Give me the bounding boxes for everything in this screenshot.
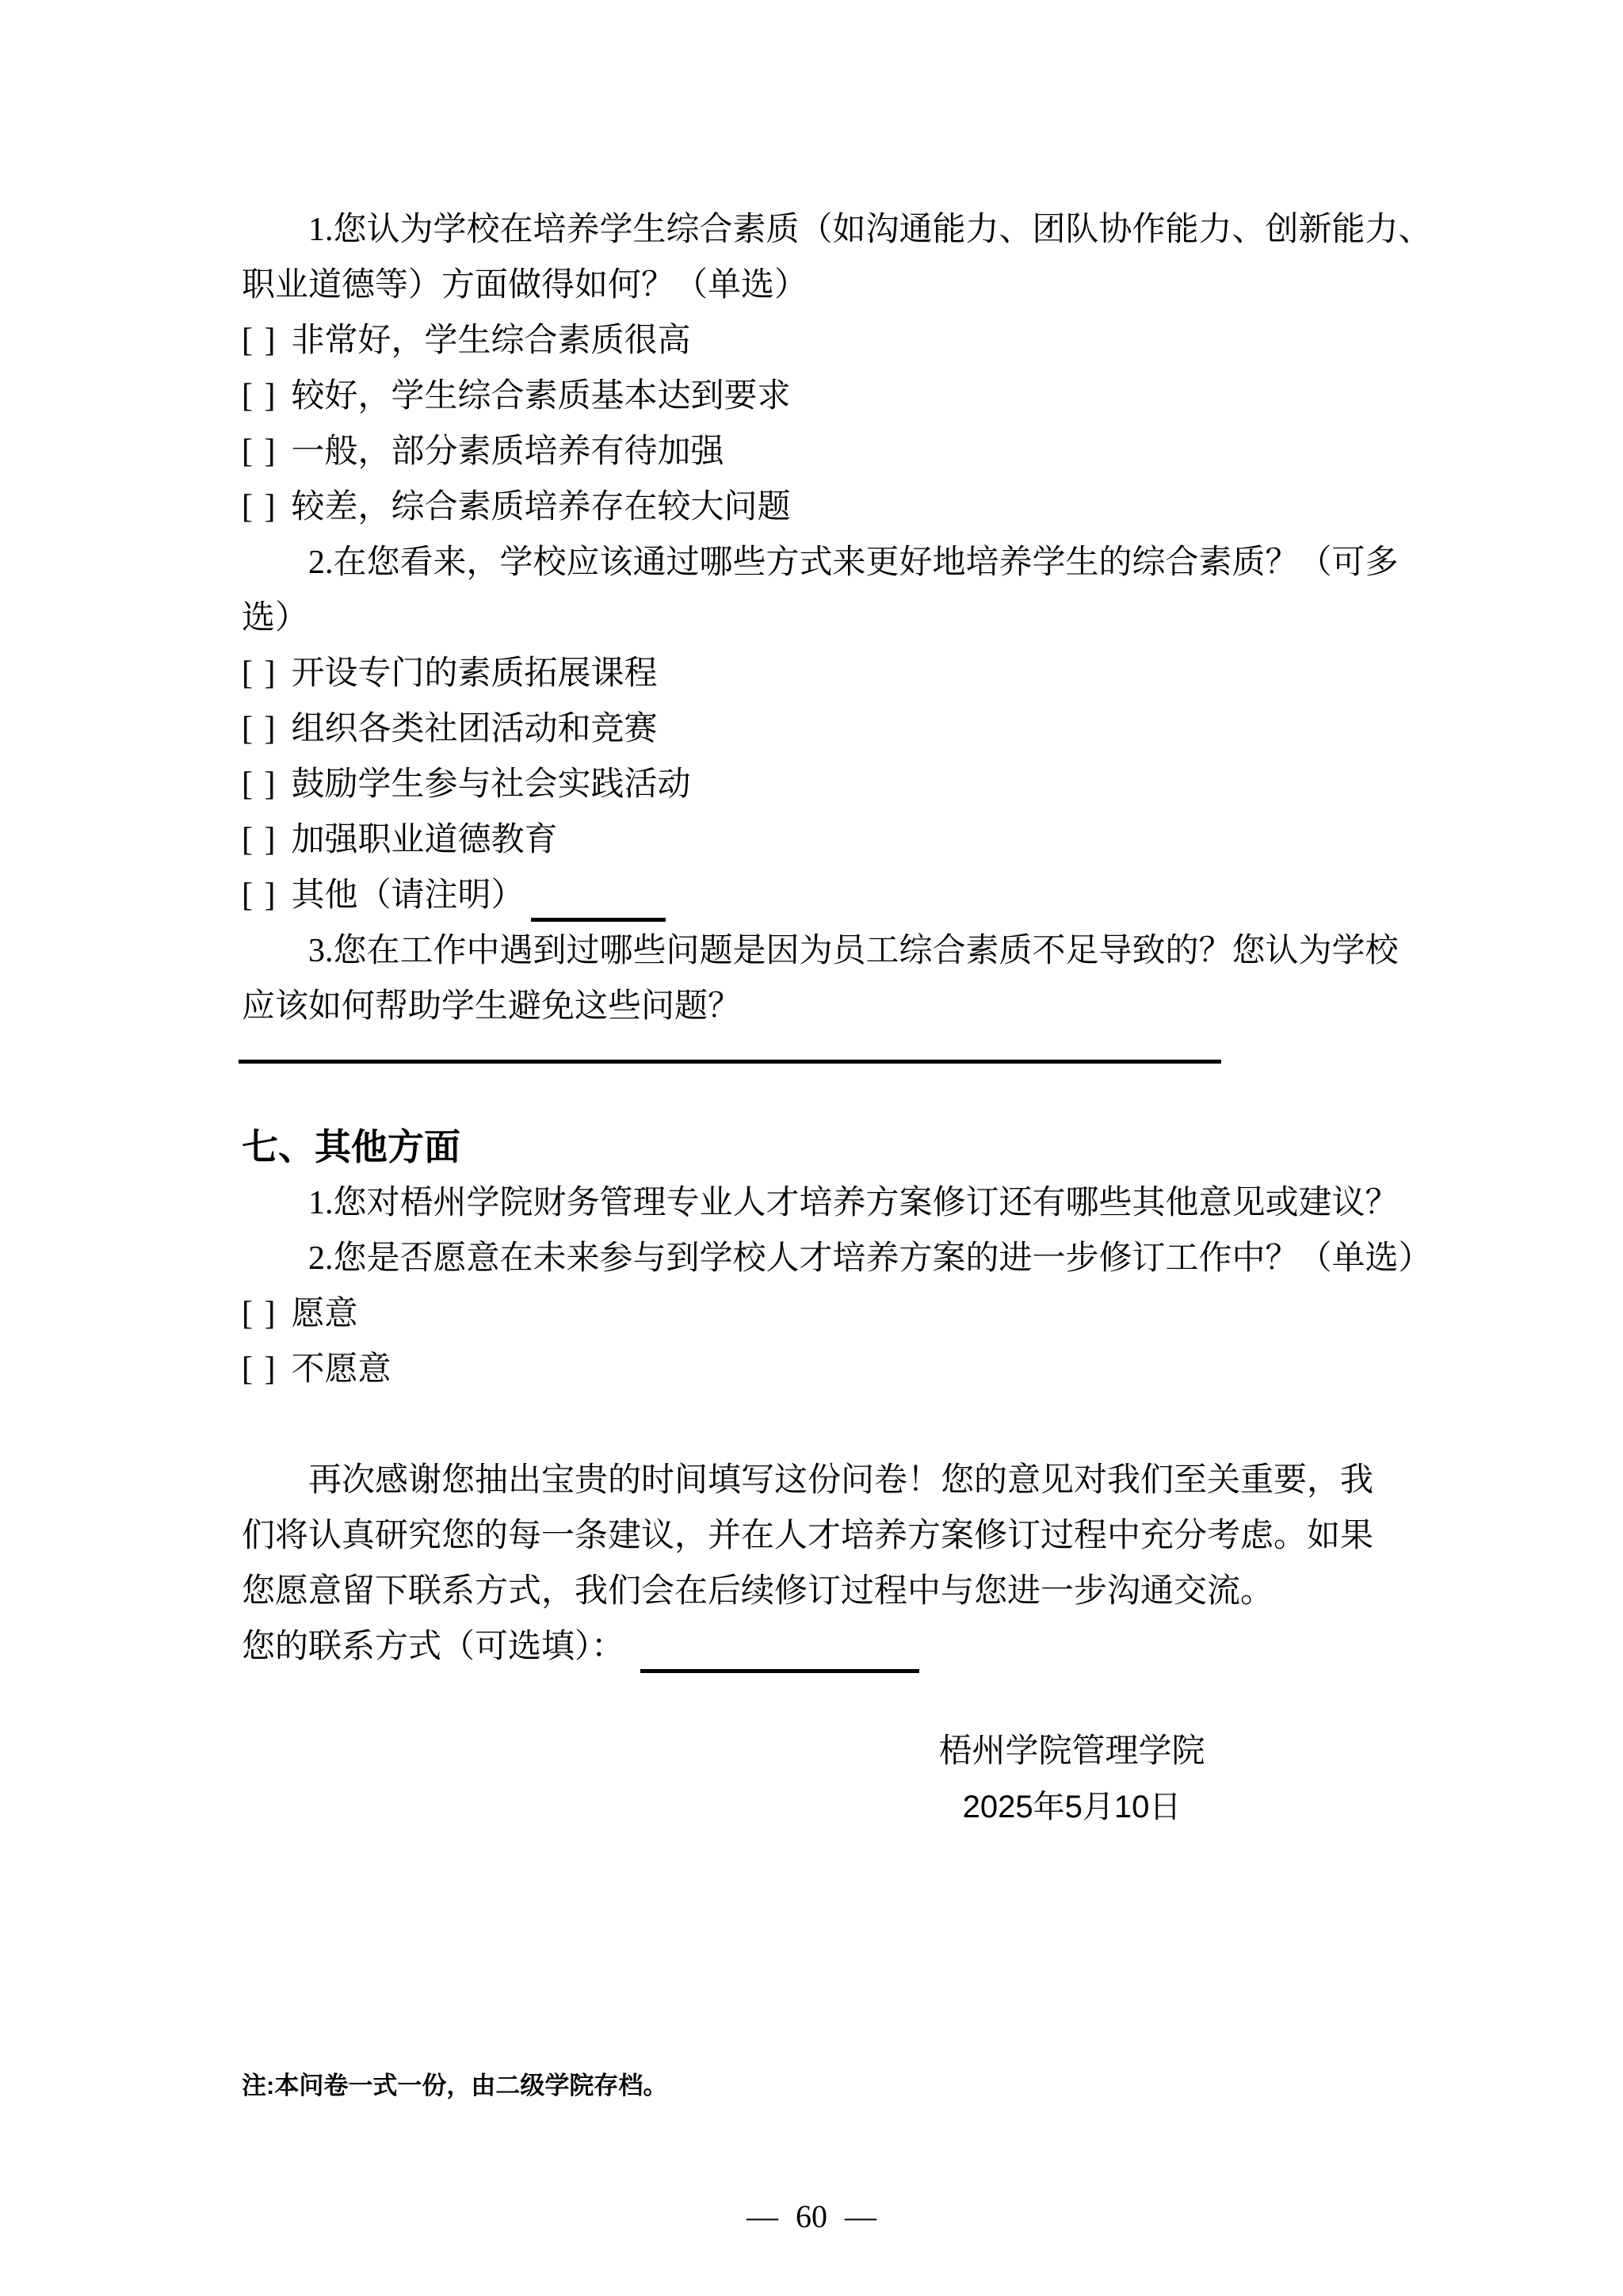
contact-fill-blank[interactable] [640,1649,919,1673]
q2-option-row-4: [ ]加强职业道德教育 [242,812,1430,868]
checkbox[interactable]: [ ] [242,479,277,535]
spacer-row [242,1397,1430,1453]
q2-option-row-other: [ ]其他（请注明） [242,868,1430,923]
q2-option-row-3: [ ]鼓励学生参与社会实践活动 [242,757,1430,812]
option-label: 组织各类社团活动和竞赛 [291,711,657,747]
q3-answer-fill-line[interactable] [239,1060,1221,1064]
checkbox[interactable]: [ ] [242,369,277,424]
page-number-dash-right: — [845,2199,876,2234]
questionnaire-body: 1.您认为学校在培养学生综合素质（如沟通能力、团队协作能力、创新能力、 职业道德… [242,202,1430,1835]
page-number-value: 60 [796,2199,827,2234]
s7-option-row-yes: [ ]愿意 [242,1286,1430,1342]
question-3-line-2: 应该如何帮助学生避免这些问题？ [242,979,1430,1034]
checkbox[interactable]: [ ] [242,757,277,812]
q1-option-row-2: [ ]较好，学生综合素质基本达到要求 [242,369,1430,424]
archive-footnote: 注:本问卷一式一份，由二级学院存档。 [242,2062,667,2110]
question-2-line-2: 选） [242,590,1430,646]
option-label: 其他（请注明） [291,877,524,914]
closing-line-3: 您愿意留下联系方式，我们会在后续修订过程中与您进一步沟通交流。 [242,1564,1430,1619]
other-fill-blank[interactable] [531,898,666,922]
section-7-question-1: 1.您对梧州学院财务管理专业人才培养方案修订还有哪些其他意见或建议？ [242,1175,1430,1231]
section-7-question-2: 2.您是否愿意在未来参与到学校人才培养方案的进一步修订工作中？（单选） [242,1231,1430,1286]
signature-organization: 梧州学院管理学院 [713,1724,1430,1779]
checkbox[interactable]: [ ] [242,812,277,868]
s7-option-row-no: [ ]不愿意 [242,1342,1430,1397]
option-label: 非常好，学生综合素质很高 [291,323,690,359]
option-label: 加强职业道德教育 [291,822,557,858]
contact-row: 您的联系方式（可选填）： [242,1619,1430,1675]
option-label: 愿意 [291,1296,357,1332]
checkbox[interactable]: [ ] [242,424,277,479]
option-label: 较好，学生综合素质基本达到要求 [291,378,790,415]
signature-date: 2025年5月10日 [713,1779,1430,1835]
checkbox[interactable]: [ ] [242,313,277,369]
checkbox[interactable]: [ ] [242,701,277,757]
q1-option-row-1: [ ]非常好，学生综合素质很高 [242,313,1430,369]
question-3-line-1: 3.您在工作中遇到过哪些问题是因为员工综合素质不足导致的？您认为学校 [242,923,1430,979]
option-label: 较差，综合素质培养存在较大问题 [291,489,790,525]
question-2-line-1: 2.在您看来，学校应该通过哪些方式来更好地培养学生的综合素质？（可多 [242,535,1430,590]
contact-label: 您的联系方式（可选填）： [242,1629,624,1665]
checkbox[interactable]: [ ] [242,646,277,701]
q3-answer-row [242,1034,1430,1090]
signature-block: 梧州学院管理学院 2025年5月10日 [242,1724,1430,1835]
checkbox[interactable]: [ ] [242,868,277,923]
checkbox[interactable]: [ ] [242,1286,277,1342]
q2-option-row-1: [ ]开设专门的素质拓展课程 [242,646,1430,701]
page-number: —60— [0,2189,1623,2244]
option-label: 一般，部分素质培养有待加强 [291,434,724,470]
q2-option-row-2: [ ]组织各类社团活动和竞赛 [242,701,1430,757]
question-1-line-1: 1.您认为学校在培养学生综合素质（如沟通能力、团队协作能力、创新能力、 [242,202,1430,258]
question-1-line-2: 职业道德等）方面做得如何？（单选） [242,258,1430,313]
checkbox[interactable]: [ ] [242,1342,277,1397]
option-label: 不愿意 [291,1351,391,1388]
page-number-dash-left: — [747,2199,778,2234]
document-page: 1.您认为学校在培养学生综合素质（如沟通能力、团队协作能力、创新能力、 职业道德… [0,0,1623,2296]
closing-line-1: 再次感谢您抽出宝贵的时间填写这份问卷！您的意见对我们至关重要，我 [242,1453,1430,1508]
option-label: 开设专门的素质拓展课程 [291,655,657,692]
q1-option-row-4: [ ]较差，综合素质培养存在较大问题 [242,479,1430,535]
option-label: 鼓励学生参与社会实践活动 [291,766,690,803]
section-7-heading: 七、其他方面 [242,1120,1430,1175]
q1-option-row-3: [ ]一般，部分素质培养有待加强 [242,424,1430,479]
closing-line-2: 们将认真研究您的每一条建议，并在人才培养方案修订过程中充分考虑。如果 [242,1508,1430,1564]
